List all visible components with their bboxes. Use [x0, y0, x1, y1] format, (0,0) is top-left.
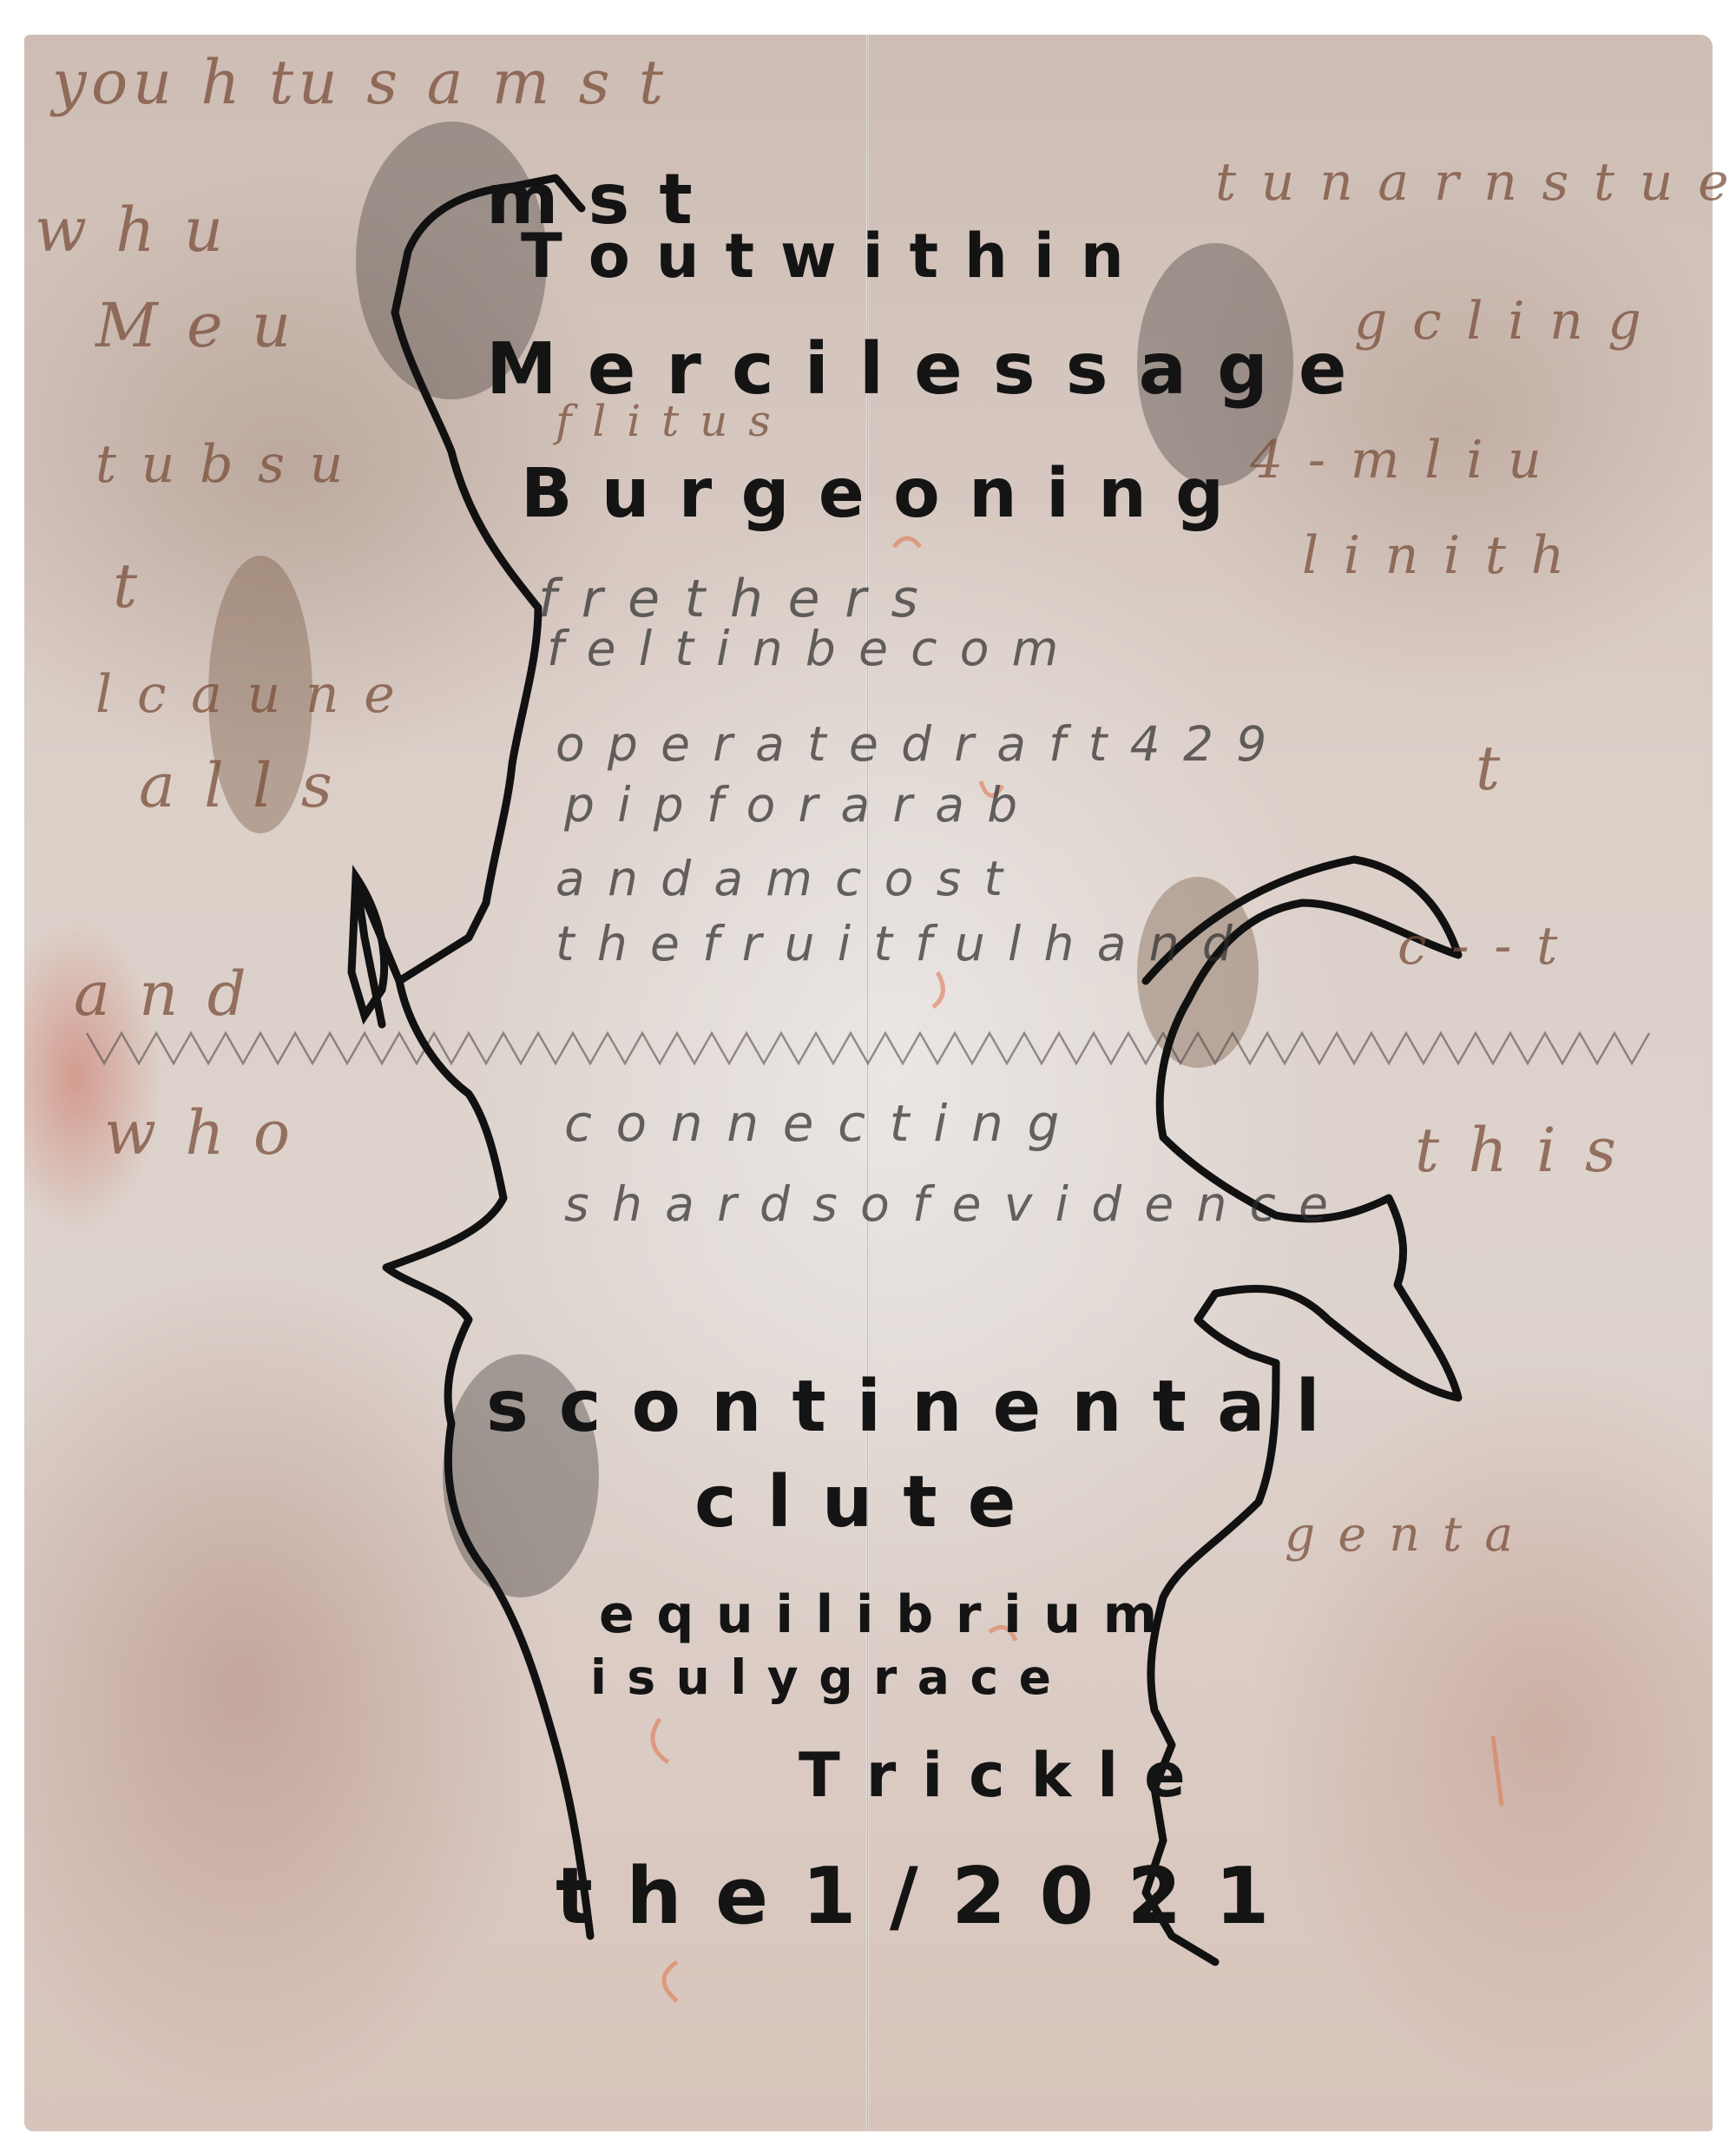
background_script-text: t h i s: [1415, 1120, 1621, 1181]
background_script-text: w h o: [104, 1103, 295, 1163]
central_script-text: c l u t e: [694, 1467, 1019, 1538]
central_script-text: t h e 1 / 2 0 2 1: [556, 1858, 1272, 1936]
central_script-text: c o n n e c t i n g: [564, 1098, 1063, 1149]
central_script-text: f e l t i n b e c o m: [547, 625, 1062, 673]
background_script-text: c - - t: [1397, 920, 1562, 972]
central_script-text: T r i c k l e: [799, 1745, 1187, 1806]
background_script-text: t u n a r n s t u e x: [1215, 156, 1736, 208]
background_script-text: w h u: [35, 200, 228, 260]
central_script-text: e q u i l i b r i u m: [599, 1589, 1160, 1641]
central_script-text: i s u l y g r a c e: [590, 1654, 1053, 1702]
background_script-text: g e n t a: [1285, 1511, 1517, 1558]
background_script-text: t u b s u: [95, 438, 347, 491]
central_script-text: f l i t u s: [556, 399, 774, 443]
central_script-text: t h e f r u i t f u l h a n d: [556, 920, 1236, 968]
central_script-text: p i p f o r a r a b: [564, 781, 1022, 829]
background_script-text: you h tu s a m s t: [52, 52, 668, 113]
background_script-text: 4 - m l i u: [1250, 434, 1546, 486]
central_script-text: s c o n t i n e n t a l: [486, 1372, 1323, 1443]
background_script-text: a l l s: [139, 755, 337, 816]
background_script-text: t: [1476, 738, 1505, 799]
central_script-text: a n d a m c o s t: [556, 855, 1007, 903]
background_script-text: M e u: [95, 295, 296, 356]
background_script-text: t: [113, 556, 142, 616]
central_script-text: f r e t h e r s: [538, 573, 923, 625]
zigzag-band: [87, 1033, 1649, 1063]
background_script-text: l i n i t h: [1302, 530, 1568, 582]
background_script-text: a n d: [74, 964, 251, 1024]
background_script-text: l c a u n e: [95, 668, 399, 721]
central_script-text: M e r c i l e s s a g e: [486, 334, 1350, 405]
central_script-text: T o u t w i t h i n: [521, 226, 1126, 286]
central_script-text: o p e r a t e d r a f t 4 2 9: [556, 721, 1271, 768]
central_script-text: B u r g e o n i n g: [521, 460, 1226, 528]
background_script-text: g c l i n g: [1354, 295, 1646, 347]
central_script-text: s h a r d s o f e v i d e n c e: [564, 1181, 1332, 1228]
